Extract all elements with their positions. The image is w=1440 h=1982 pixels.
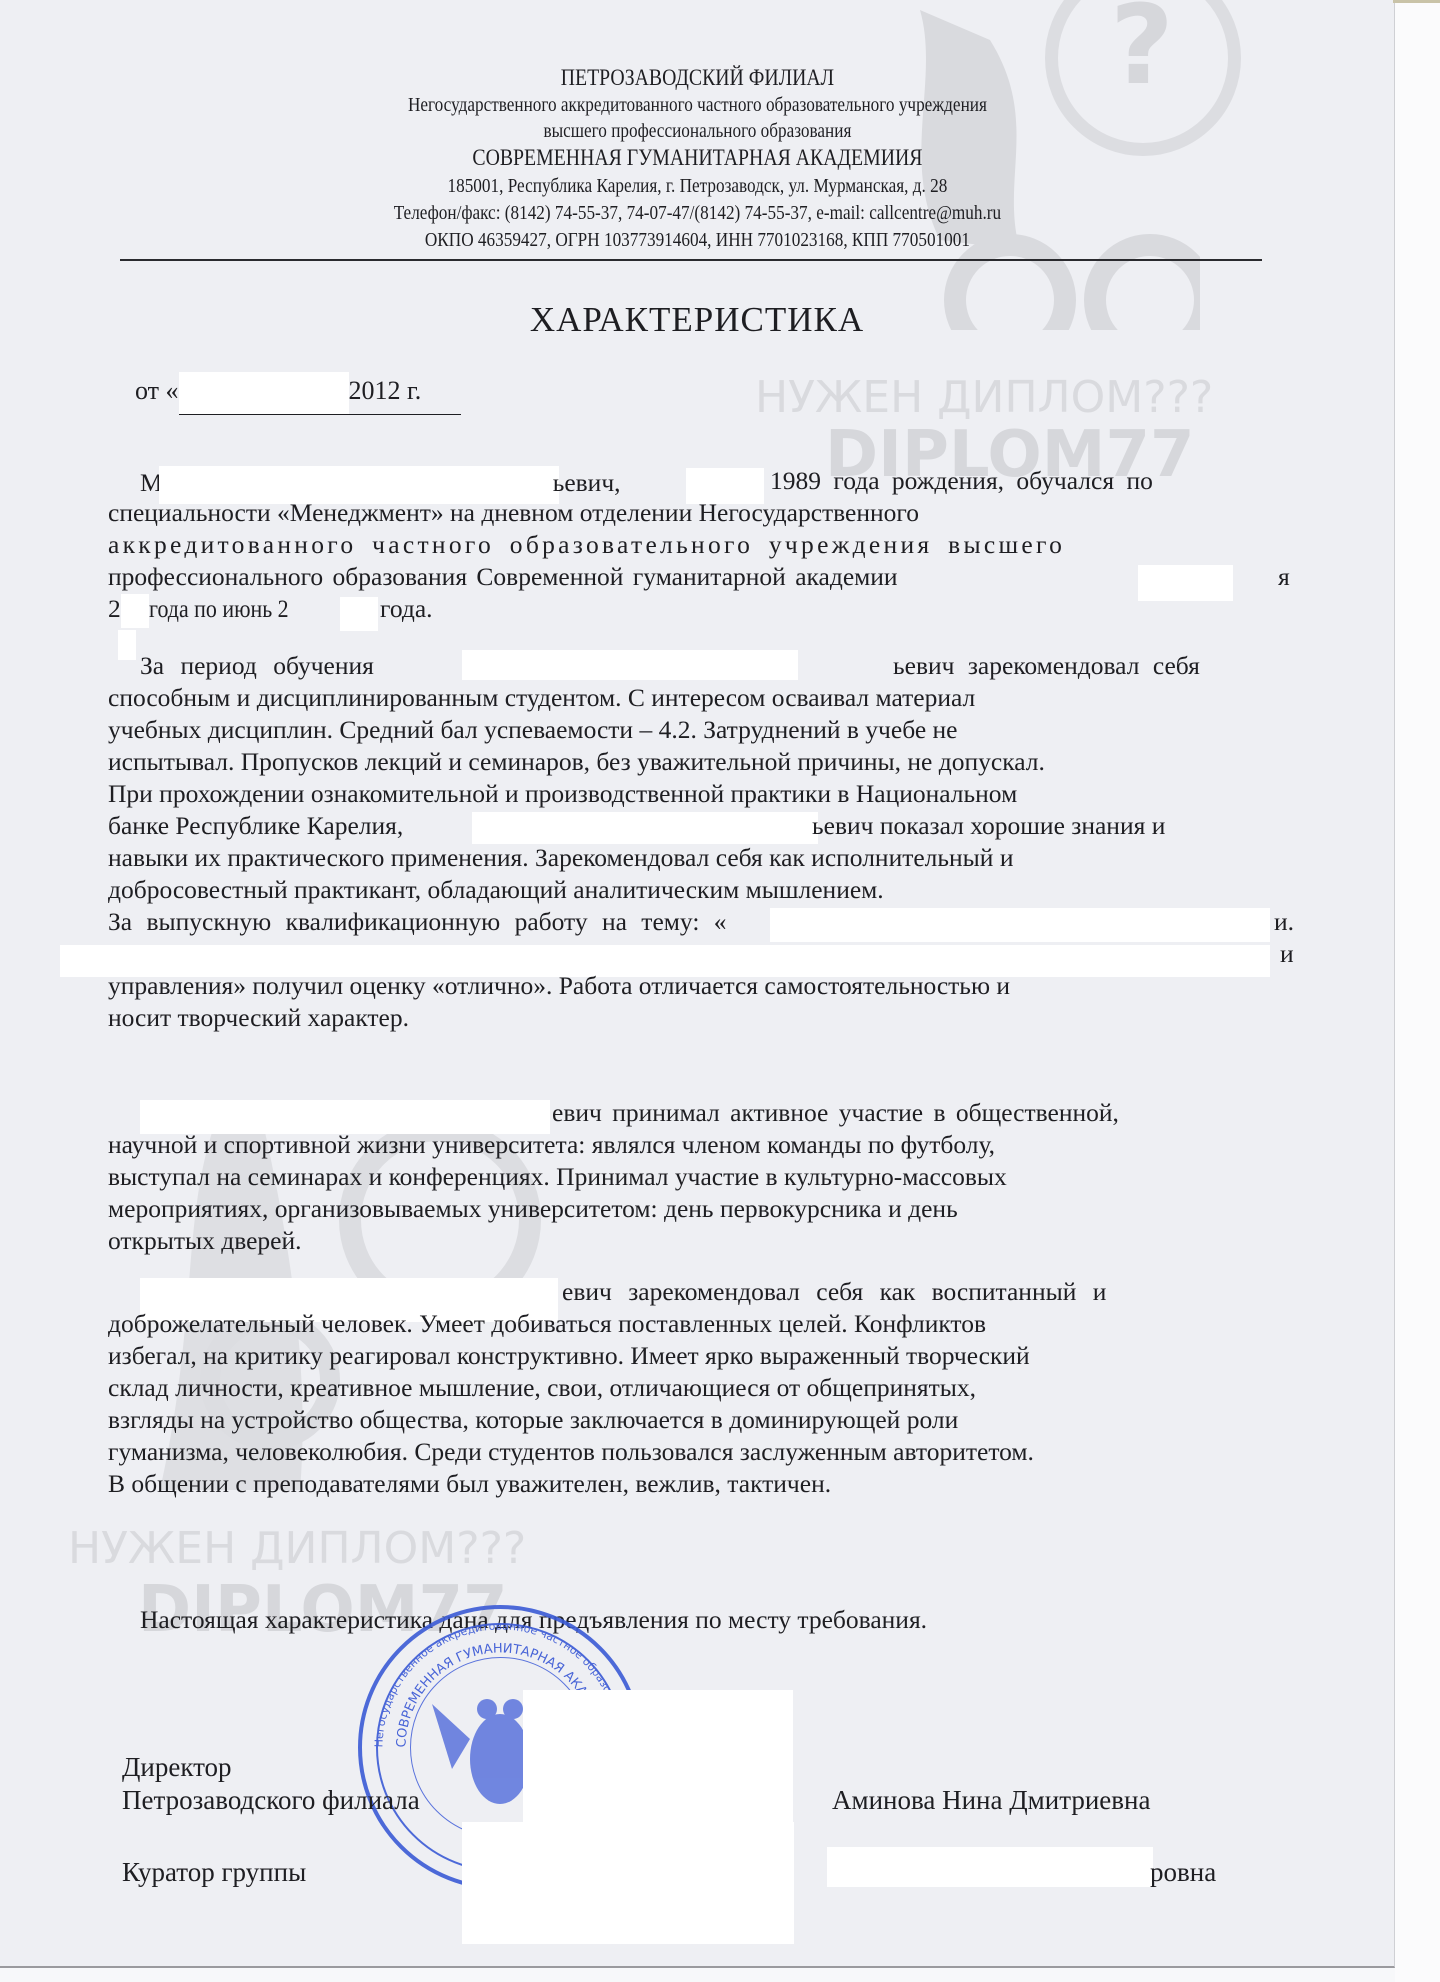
p1-line5: 2года по июнь 2: [108, 594, 311, 628]
redacted-signature-curator: [462, 1822, 794, 1944]
watermark-slogan-top: НУЖЕН ДИПЛОМ???: [755, 372, 1213, 423]
header-address: 185001, Республика Карелия, г. Петрозаво…: [98, 175, 1297, 198]
redacted-thesis-topic: [770, 908, 1270, 942]
redacted-start-month: [1138, 565, 1233, 601]
scan-edge: [1393, 0, 1440, 3]
p2-line5: При прохождении ознакомительной и произв…: [108, 779, 1296, 809]
date-field: 2012 г.: [179, 372, 462, 415]
p5-line3: избегал, на критику реагировал конструкт…: [108, 1341, 1296, 1371]
p4-line2: научной и спортивной жизни университета:…: [108, 1130, 1296, 1160]
director-title-line1: Директор: [122, 1752, 232, 1783]
p2-line2: способным и дисциплинированным студентом…: [108, 683, 1296, 713]
p3-line1: За выпускную квалификационную работу на …: [108, 907, 727, 937]
watermark-slogan-bottom: НУЖЕН ДИПЛОМ???: [68, 1523, 526, 1574]
document-date: от «2012 г.: [135, 372, 461, 415]
p3-line1-tail: и.: [1274, 907, 1294, 937]
redacted-name-4: [140, 1100, 550, 1134]
p2-line6-tail: ьевич показал хорошие знания и: [812, 811, 1165, 841]
p4-line3: выступал на семинарах и конференциях. Пр…: [108, 1162, 1296, 1192]
document-title: ХАРАКТЕРИСТИКА: [0, 300, 1394, 340]
p5-line6: гуманизма, человеколюбия. Среди студенто…: [108, 1437, 1296, 1467]
date-prefix: от «: [135, 376, 179, 405]
redacted-p2-indent: [118, 630, 136, 660]
p5-line4: склад личности, креативное мышление, сво…: [108, 1373, 1296, 1403]
header-codes: ОКПО 46359427, ОГРН 103773914604, ИНН 77…: [98, 229, 1297, 252]
p5-line2: доброжелательный человек. Умеет добивать…: [108, 1309, 1296, 1339]
p4-line5: открытых дверей.: [108, 1226, 302, 1256]
p1-line5-tail: года.: [380, 594, 433, 624]
p2-line8: добросовестный практикант, обладающий ан…: [108, 875, 884, 905]
p5-line7: В общении с преподавателями был уважител…: [108, 1469, 831, 1499]
p1-line4: профессионального образования Современно…: [108, 562, 898, 592]
header-contacts: Телефон/факс: (8142) 74-55-37, 74-07-47/…: [98, 202, 1297, 225]
redacted-start-year: [121, 594, 149, 628]
redacted-curator-name: [827, 1847, 1153, 1887]
director-name: Аминова Нина Дмитриевна: [832, 1785, 1150, 1816]
p4-line4: мероприятиях, организовываемых университ…: [108, 1194, 1296, 1224]
header-org-line1: Негосударственного аккредитованного част…: [98, 94, 1297, 117]
redacted-name-2: [462, 650, 798, 680]
header-divider: [120, 259, 1262, 261]
document-page: ? НУЖЕН ДИПЛОМ??? DIPLOM77 НУЖЕН ДИПЛОМ?…: [0, 0, 1395, 1968]
p2-line4: испытывал. Пропусков лекций и семинаров,…: [108, 747, 1045, 777]
p2-line6: банке Республике Карелия,: [108, 811, 403, 841]
p1-line2: специальности «Менеджмент» на дневном от…: [108, 498, 1296, 528]
redacted-date: [179, 372, 349, 414]
director-title-line2: Петрозаводского филиала: [122, 1785, 420, 1816]
p2-line7: навыки их практического применения. Заре…: [108, 843, 1296, 873]
p2-line3: учебных дисциплин. Средний бал успеваемо…: [108, 715, 1296, 745]
curator-name-suffix: ровна: [1150, 1857, 1216, 1888]
p2-line1: За период обучения: [140, 651, 374, 681]
redacted-name-3b: [472, 812, 818, 844]
p3-line2-tail: и: [1280, 939, 1294, 969]
p1-line3: аккредитованного частного образовательно…: [108, 530, 1065, 560]
p3-line4: носит творческий характер.: [108, 1003, 409, 1033]
curator-title: Куратор группы: [122, 1857, 306, 1888]
header-academy: СОВРЕМЕННАЯ ГУМАНИТАРНАЯ АКАДЕМИИЯ: [98, 145, 1297, 171]
redacted-end-year: [340, 597, 378, 631]
p5-line1: евич зарекомендовал себя как воспитанный…: [562, 1277, 1106, 1307]
p5-line5: взгляды на устройство общества, которые …: [108, 1405, 1296, 1435]
p3-line3: управления» получил оценку «отлично». Ра…: [108, 971, 1296, 1001]
date-year: 2012 г.: [349, 376, 422, 405]
p4-line1: евич принимал активное участие в обществ…: [552, 1098, 1119, 1128]
p2-line1-tail: ьевич зарекомендовал себя: [893, 651, 1200, 681]
p1-line4-tail: я: [1278, 562, 1290, 592]
scan-background: [1395, 0, 1440, 1982]
p1-line1-tail: 1989 года рождения, обучался по: [770, 466, 1153, 496]
header-branch: ПЕТРОЗАВОДСКИЙ ФИЛИАЛ: [98, 65, 1297, 91]
header-org-line2: высшего профессионального образования: [98, 120, 1297, 143]
